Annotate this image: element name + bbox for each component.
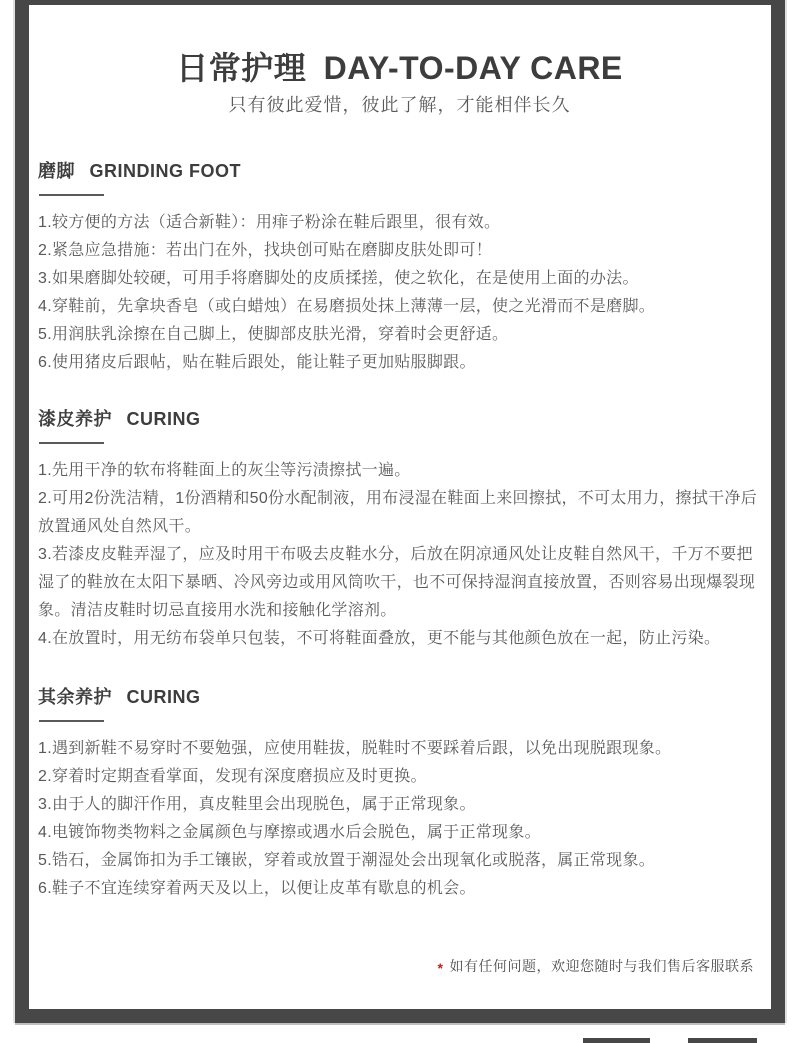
page-title-en: DAY-TO-DAY CARE (324, 50, 623, 86)
list-item: 4.穿鞋前，先拿块香皂（或白蜡烛）在易磨损处抹上薄薄一层，使之光滑而不是磨脚。 (38, 293, 764, 321)
list-item: 5.用润肤乳涂擦在自己脚上，使脚部皮肤光滑，穿着时会更舒适。 (38, 321, 764, 349)
care-list: 1.遇到新鞋不易穿时不要勉强，应使用鞋拔，脱鞋时不要踩着后跟，以免出现脱跟现象。… (38, 735, 764, 903)
footer-note-text: 如有任何问题，欢迎您随时与我们售后客服联系 (450, 958, 755, 974)
list-item: 3.如果磨脚处较硬，可用手将磨脚处的皮质揉搓，使之软化，在是使用上面的办法。 (38, 265, 764, 293)
section-heading-zh: 漆皮养护 (38, 409, 112, 429)
cutoff-element-right (688, 1038, 757, 1043)
list-item: 3.若漆皮皮鞋弄湿了，应及时用干布吸去皮鞋水分，后放在阴凉通风处让皮鞋自然风干，… (38, 541, 764, 625)
section-patent-leather-curing: 漆皮养护 CURING 1.先用干净的软布将鞋面上的灰尘等污渍擦拭一遍。 2.可… (38, 408, 761, 653)
list-item: 4.在放置时，用无纺布袋单只包装，不可将鞋面叠放，更不能与其他颜色放在一起，防止… (38, 625, 764, 653)
list-item: 1.遇到新鞋不易穿时不要勉强，应使用鞋拔，脱鞋时不要踩着后跟，以免出现脱跟现象。 (38, 735, 764, 763)
page-title-zh: 日常护理 (176, 50, 306, 86)
list-item: 2.紧急应急措施：若出门在外，找块创可贴在磨脚皮肤处即可！ (38, 237, 764, 265)
section-heading-zh: 磨脚 (38, 161, 75, 181)
section-heading-en: CURING (127, 687, 201, 707)
list-item: 2.穿着时定期查看掌面，发现有深度磨损应及时更换。 (38, 763, 764, 791)
section-heading-en: CURING (127, 409, 201, 429)
list-item: 4.电镀饰物类物料之金属颜色与摩擦或遇水后会脱色，属于正常现象。 (38, 819, 764, 847)
care-list: 1.较方便的方法（适合新鞋）：用痱子粉涂在鞋后跟里，很有效。 2.紧急应急措施：… (38, 209, 764, 377)
page-subtitle: 只有彼此爱惜，彼此了解，才能相伴长久 (38, 94, 761, 116)
footer-service-note: *如有任何问题，欢迎您随时与我们售后客服联系 (38, 957, 761, 975)
care-card-content: 日常护理 DAY-TO-DAY CARE 只有彼此爱惜，彼此了解，才能相伴长久 … (29, 51, 771, 975)
list-item: 1.先用干净的软布将鞋面上的灰尘等污渍擦拭一遍。 (38, 457, 764, 485)
section-underline-divider (39, 442, 104, 444)
list-item: 2.可用2份洗洁精，1份酒精和50份水配制液，用布浸湿在鞋面上来回擦拭，不可太用… (38, 485, 764, 541)
cutoff-element-left (583, 1038, 650, 1043)
care-card-frame: 日常护理 DAY-TO-DAY CARE 只有彼此爱惜，彼此了解，才能相伴长久 … (15, 0, 785, 1023)
section-heading: 其余养护 CURING (38, 686, 761, 708)
list-item: 5.锆石，金属饰扣为手工镶嵌，穿着或放置于潮湿处会出现氧化或脱落，属正常现象。 (38, 847, 764, 875)
section-underline-divider (39, 194, 104, 196)
red-asterisk-icon: * (438, 960, 444, 976)
section-heading-en: GRINDING FOOT (90, 161, 242, 181)
section-heading: 磨脚 GRINDING FOOT (38, 160, 761, 182)
section-other-curing: 其余养护 CURING 1.遇到新鞋不易穿时不要勉强，应使用鞋拔，脱鞋时不要踩着… (38, 686, 761, 903)
care-list: 1.先用干净的软布将鞋面上的灰尘等污渍擦拭一遍。 2.可用2份洗洁精，1份酒精和… (38, 457, 764, 653)
list-item: 1.较方便的方法（适合新鞋）：用痱子粉涂在鞋后跟里，很有效。 (38, 209, 764, 237)
section-underline-divider (39, 720, 104, 722)
section-heading: 漆皮养护 CURING (38, 408, 761, 430)
section-heading-zh: 其余养护 (38, 687, 112, 707)
list-item: 6.使用猪皮后跟帖，贴在鞋后跟处，能让鞋子更加贴服脚跟。 (38, 349, 764, 377)
page-title: 日常护理 DAY-TO-DAY CARE (38, 51, 761, 85)
list-item: 6.鞋子不宜连续穿着两天及以上，以便让皮革有歇息的机会。 (38, 875, 764, 903)
list-item: 3.由于人的脚汗作用，真皮鞋里会出现脱色，属于正常现象。 (38, 791, 764, 819)
page-header: 日常护理 DAY-TO-DAY CARE 只有彼此爱惜，彼此了解，才能相伴长久 (38, 51, 761, 116)
section-grinding-foot: 磨脚 GRINDING FOOT 1.较方便的方法（适合新鞋）：用痱子粉涂在鞋后… (38, 160, 761, 377)
